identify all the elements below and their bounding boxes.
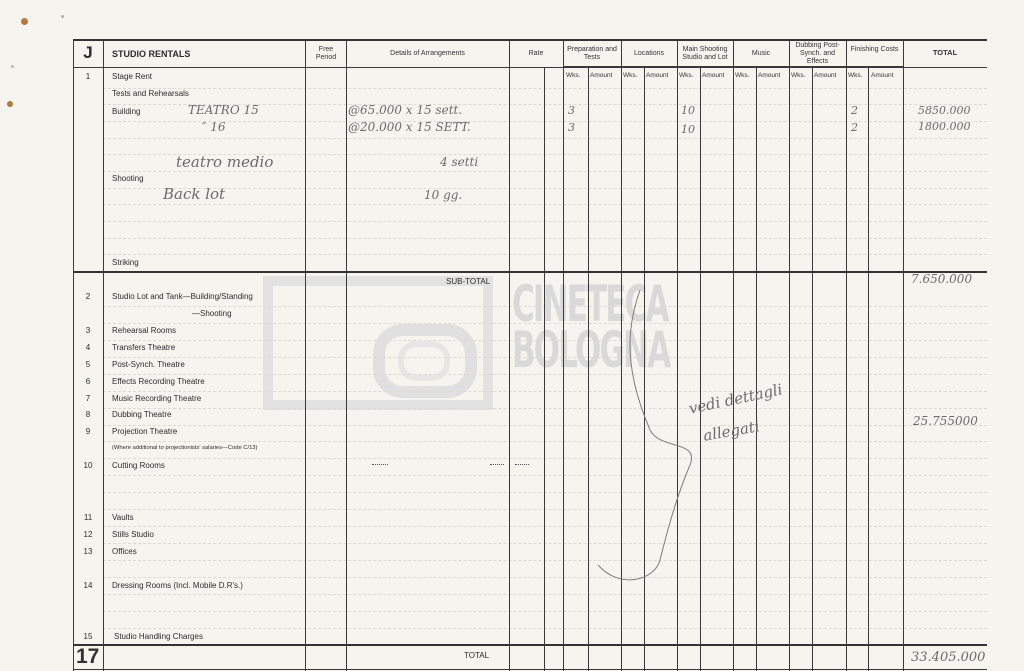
subtotal-rule [73,271,987,273]
item-number: 14 [73,581,103,590]
item-number: 5 [73,360,103,369]
col-border [733,39,734,671]
item-label: Studio Handling Charges [114,632,203,641]
handwritten-building-2: ″ 16 [202,120,226,134]
col-border [73,39,74,671]
item-label: Building [112,107,140,116]
item-number: 10 [73,461,103,470]
total-label: TOTAL [464,651,489,660]
item-number: 1 [73,72,103,81]
subheader-amount: Amount [590,72,612,79]
handwritten-finishing-wks-2: 2 [851,121,858,134]
header-details: Details of Arrangements [346,50,509,58]
item-label: Dressing Rooms (Incl. Mobile D.R's.) [112,581,243,590]
subheader-wks: Wks. [848,72,862,79]
subheader-wks: Wks. [735,72,749,79]
handwritten-shooting-1: teatro medio [176,153,273,171]
item-number: 2 [73,292,103,301]
col-border [903,39,904,671]
total-top-rule [73,644,987,646]
handwritten-shooting-2: Back lot [163,185,225,203]
col-border [846,39,847,671]
col-border [789,39,790,671]
handwritten-subtotal: 7.650.000 [911,272,972,286]
section-title: STUDIO RENTALS [112,49,190,59]
section-letter: J [73,43,103,63]
item-label: Projection Theatre [112,427,177,436]
item-label: Stage Rent [112,72,152,81]
page-number: 17 [76,645,99,669]
item-number: 6 [73,377,103,386]
item-number: 9 [73,427,103,436]
handwritten-main-wks-2: 10 [681,123,695,136]
item-label: Music Recording Theatre [112,394,201,403]
col-border [509,39,510,671]
subheader-amount: Amount [702,72,724,79]
item-number: 4 [73,343,103,352]
header-bottom-border [73,67,987,68]
item-label: Tests and Rehearsals [112,89,189,98]
handwritten-grand-total: 33.405.000 [911,650,985,665]
item-label: Stills Studio [112,530,154,539]
col-border [756,67,757,671]
item-label: Transfers Theatre [112,343,175,352]
handwritten-details-1: @65.000 x 15 sett. [348,103,462,117]
paper-stain [11,65,14,68]
item-label: Striking [112,258,139,267]
item-label: Post-Synch. Theatre [112,360,185,369]
subheader-amount: Amount [871,72,893,79]
handwritten-bracket-stroke [590,280,710,590]
header-dubbing: Dubbing Post-Synch. and Effects [789,42,846,66]
item-number: 12 [73,530,103,539]
item-label: Dubbing Theatre [112,410,171,419]
item-label: Offices [112,547,137,556]
header-locations: Locations [621,50,677,58]
col-border [563,39,564,671]
item-number: 13 [73,547,103,556]
header-finishing: Finishing Costs [846,46,903,54]
item-label: —Shooting [192,309,232,318]
handwritten-total-2: 1800.000 [918,120,971,133]
ink-speck [490,464,504,466]
col-border [812,67,813,671]
item-number: 7 [73,394,103,403]
handwritten-shooting-1-details: 4 setti [440,155,478,169]
header-prep: Preparation and Tests [563,46,621,62]
col-border [305,39,306,671]
col-border [103,39,104,671]
header-main-shooting: Main Shooting Studio and Lot [677,46,733,62]
col-border [544,67,545,671]
handwritten-shooting-2-details: 10 gg. [424,188,462,202]
item-label: Shooting [112,174,144,183]
handwritten-details-2: @20.000 x 15 SETT. [348,120,471,134]
ink-speck [515,464,529,466]
col-border [346,39,347,671]
subheader-wks: Wks. [623,72,637,79]
paper-stain [21,18,28,25]
header-free-period: Free Period [308,46,344,62]
handwritten-items-total: 25.755000 [913,414,978,428]
header-total: TOTAL [903,49,987,57]
table-top-border [73,39,987,41]
paper-stain [61,15,64,18]
subheader-amount: Amount [646,72,668,79]
item-label: Cutting Rooms [112,461,165,470]
watermark-logo [263,276,493,410]
handwritten-prep-wks-1: 3 [568,104,575,117]
handwritten-prep-wks-2: 3 [568,121,575,134]
handwritten-building-1: TEATRO 15 [188,103,259,117]
handwritten-main-wks-1: 10 [681,104,695,117]
subheader-amount: Amount [758,72,780,79]
item-note: (Where additional to projectionists' sal… [112,445,257,451]
paper-stain [7,101,13,107]
subheader-wks: Wks. [566,72,580,79]
col-border [588,67,589,671]
table-bottom-border [73,669,987,670]
item-label: Studio Lot and Tank—Building/Standing [112,292,253,301]
item-number: 8 [73,410,103,419]
subtotal-label: SUB-TOTAL [446,277,490,286]
header-rate: Rate [509,50,563,58]
subheader-wks: Wks. [791,72,805,79]
col-border [868,67,869,671]
subheader-wks: Wks. [679,72,693,79]
handwritten-total-1: 5850.000 [918,104,971,117]
item-number: 11 [73,513,103,522]
item-number: 15 [73,632,103,641]
subheader-amount: Amount [814,72,836,79]
item-label: Effects Recording Theatre [112,377,205,386]
item-number: 3 [73,326,103,335]
handwritten-finishing-wks-1: 2 [851,104,858,117]
header-music: Music [733,50,789,58]
item-label: Rehearsal Rooms [112,326,176,335]
item-label: Vaults [112,513,134,522]
ink-speck [372,464,388,466]
